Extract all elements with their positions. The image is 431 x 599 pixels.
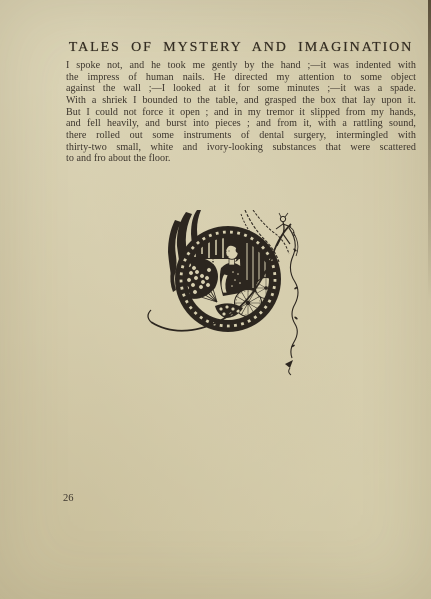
body-line: With a shriek I bounded to the table, an… <box>66 95 416 107</box>
artist-monogram <box>285 360 293 375</box>
page-number: 26 <box>63 493 74 504</box>
body-line: against the wall ;—I looked at it for so… <box>66 83 416 95</box>
body-line: the impress of human nails. He directed … <box>66 72 416 84</box>
whiplash-curve <box>148 310 151 322</box>
body-line: there rolled out some instruments of den… <box>66 130 416 142</box>
book-page: TALES OF MYSTERY AND IMAGINATION I spoke… <box>0 0 431 599</box>
body-line: thirty-two small, white and ivory-lookin… <box>66 142 416 154</box>
body-line: and fell heavily, and burst into pieces … <box>66 118 416 130</box>
ribbon-tails <box>289 228 298 358</box>
body-paragraph: I spoke not, and he took me gently by th… <box>66 60 416 165</box>
running-title: TALES OF MYSTERY AND IMAGINATION <box>66 40 416 56</box>
body-line: But I could not force it open ; and in m… <box>66 107 416 119</box>
circular-vignette-illustration <box>145 210 320 390</box>
body-line: to and fro about the floor. <box>66 153 416 165</box>
body-line: I spoke not, and he took me gently by th… <box>66 60 416 72</box>
